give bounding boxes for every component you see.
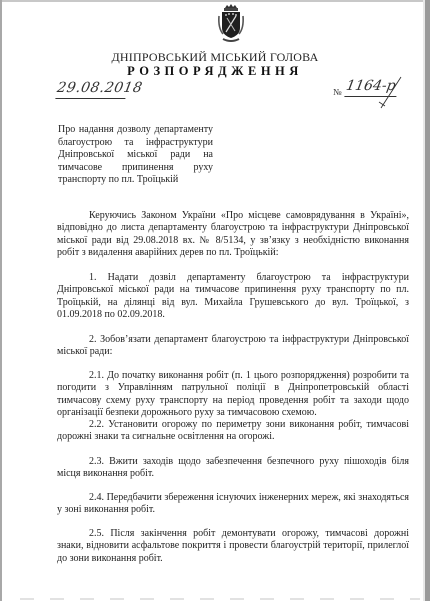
clause-2-1: 2.1. До початку виконання робіт (п. 1 ць…: [57, 370, 409, 420]
next-page-edge: [20, 598, 420, 600]
number-label: №: [333, 87, 342, 97]
clause-2-3: 2.3. Вжити заходів щодо забезпечення без…: [57, 456, 409, 481]
clause-2-2: 2.2. Установити огорожу по периметру зон…: [57, 419, 409, 444]
clause-2-5: 2.5. Після закінчення робіт демонтувати …: [57, 528, 409, 565]
issuer-title: ДНІПРОВСЬКИЙ МІСЬКИЙ ГОЛОВА: [0, 50, 430, 65]
clause-1: 1. Надати дозвіл департаменту благоустро…: [57, 272, 409, 322]
document-date: 29.08.2018: [55, 80, 128, 99]
scrollbar[interactable]: [425, 0, 430, 601]
city-coat-of-arms-icon: [217, 4, 245, 44]
signature-stroke-icon: [375, 76, 405, 110]
document-subject: Про надання дозволу департаменту благоус…: [58, 124, 213, 187]
clause-2-4: 2.4. Передбачити збереження існуючих інж…: [57, 492, 409, 517]
preamble-paragraph: Керуючись Законом України «Про місцеве с…: [57, 210, 409, 260]
clause-2: 2. Зобов’язати департамент благоустрою т…: [57, 334, 409, 359]
document-type-title: РОЗПОРЯДЖЕННЯ: [0, 64, 430, 79]
